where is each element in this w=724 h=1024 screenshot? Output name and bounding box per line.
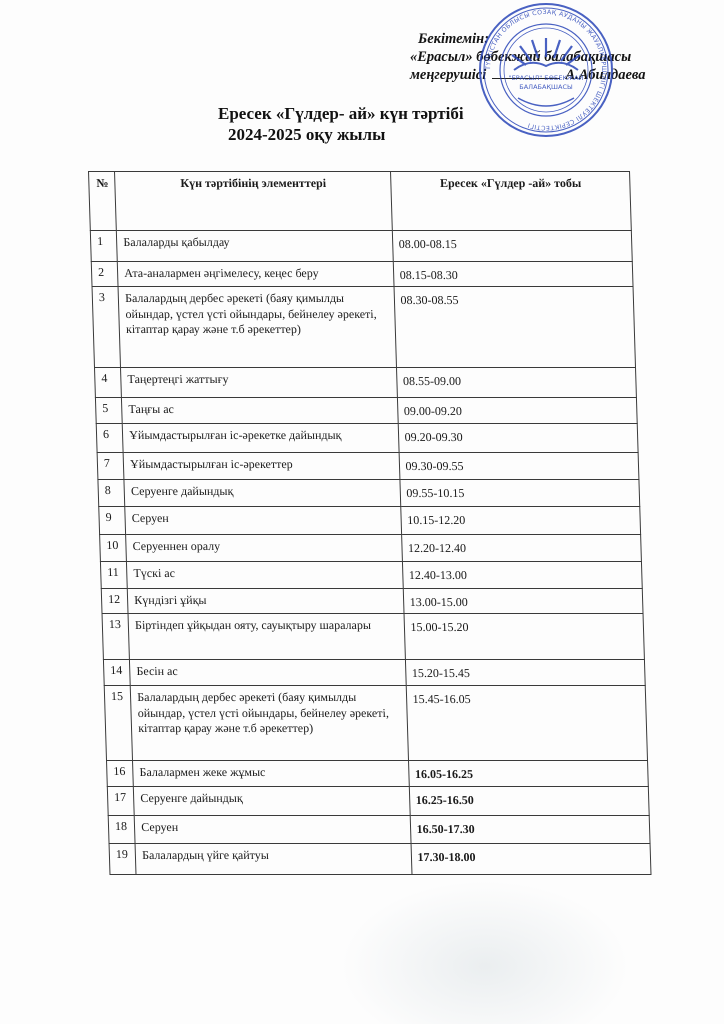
table-header-row: № Күн тәртібінің элементтері Ересек «Гүл… [89, 172, 632, 231]
row-number: 16 [107, 761, 134, 787]
row-element: Таңертеңгі жаттығу [121, 368, 397, 398]
table-row: 16Балалармен жеке жұмыс16.05-16.25 [107, 761, 649, 787]
row-time: 09.30-09.55 [399, 453, 639, 480]
approval-position: меңгерушісі [410, 67, 486, 83]
row-number: 19 [109, 844, 136, 875]
row-time: 13.00-15.00 [403, 589, 643, 614]
row-element: Күндізгі ұйқы [127, 589, 403, 614]
row-number: 18 [108, 816, 135, 844]
row-time: 10.15-12.20 [400, 507, 640, 535]
approval-name: А.Абилдаева [566, 67, 646, 83]
row-number: 17 [107, 787, 134, 816]
row-time: 15.20-15.45 [405, 660, 645, 686]
approval-signatory: меңгерушісі А.Абилдаева [410, 66, 646, 84]
row-number: 13 [102, 614, 130, 660]
row-number: 1 [90, 231, 117, 262]
row-time: 16.05-16.25 [408, 761, 648, 787]
svg-text:БАЛАБАҚШАСЫ: БАЛАБАҚШАСЫ [519, 83, 573, 91]
row-number: 11 [100, 562, 127, 589]
scan-noise [340, 880, 630, 1024]
table-row: 7Ұйымдастырылған іс-әрекеттер09.30-09.55 [97, 453, 639, 480]
row-time: 09.20-09.30 [398, 424, 638, 453]
table-body: 1Балаларды қабылдау08.00-08.152Ата-анала… [90, 231, 651, 875]
row-number: 8 [98, 480, 125, 507]
row-number: 15 [104, 686, 132, 761]
row-element: Балалардың дербес әрекеті (баяу қимылды … [118, 287, 396, 368]
row-time: 12.20-12.40 [401, 535, 641, 562]
row-number: 6 [96, 424, 123, 453]
table-row: 6Ұйымдастырылған іс-әрекетке дайындық09.… [96, 424, 638, 453]
row-element: Балалардың дербес әрекеті (баяу қимылды … [130, 686, 408, 761]
row-element: Серуен [134, 816, 410, 844]
approval-organization: «Ерасыл» бөбекжай балабақшасы [410, 48, 646, 66]
row-element: Ұйымдастырылған іс-әрекеттер [123, 453, 399, 480]
row-time: 08.30-08.55 [394, 287, 636, 368]
table-row: 14Бесін ас15.20-15.45 [103, 660, 645, 686]
title-line-2: 2024-2025 оқу жылы [218, 124, 464, 145]
row-time: 16.50-17.30 [410, 816, 650, 844]
table-row: 17Серуенге дайындық16.25-16.50 [107, 787, 649, 816]
table-row: 11Түскі ас12.40-13.00 [100, 562, 642, 589]
table-row: 18Серуен16.50-17.30 [108, 816, 650, 844]
row-time: 17.30-18.00 [411, 844, 651, 875]
row-time: 12.40-13.00 [402, 562, 642, 589]
table-row: 10Серуеннен оралу12.20-12.40 [100, 535, 642, 562]
table-row: 5Таңғы ас09.00-09.20 [95, 398, 637, 424]
table-row: 1Балаларды қабылдау08.00-08.15 [90, 231, 632, 262]
row-number: 3 [92, 287, 121, 368]
row-element: Серуенге дайындық [133, 787, 409, 816]
row-element: Балаларды қабылдау [117, 231, 393, 262]
table-row: 2Ата-аналармен әңгімелесу, кеңес беру08.… [91, 262, 633, 287]
row-time: 09.55-10.15 [399, 480, 639, 507]
signature-line [492, 78, 560, 79]
row-number: 12 [101, 589, 128, 614]
row-element: Балалардың үйге қайтуы [135, 844, 411, 875]
row-time: 15.45-16.05 [406, 686, 648, 761]
row-time: 08.00-08.15 [392, 231, 632, 262]
row-element: Серуеннен оралу [126, 535, 402, 562]
row-number: 7 [97, 453, 124, 480]
row-number: 5 [95, 398, 122, 424]
document-title: Ересек «Гүлдер- ай» күн тәртібі 2024-202… [218, 103, 464, 145]
table-row: 15Балалардың дербес әрекеті (баяу қимылд… [104, 686, 647, 761]
row-number: 14 [103, 660, 130, 686]
row-element: Балалармен жеке жұмыс [133, 761, 409, 787]
header-number: № [89, 172, 117, 231]
table-row: 9Серуен10.15-12.20 [99, 507, 641, 535]
table-row: 8Серуенге дайындық09.55-10.15 [98, 480, 640, 507]
title-line-1: Ересек «Гүлдер- ай» күн тәртібі [218, 103, 464, 124]
row-element: Таңғы ас [122, 398, 398, 424]
row-element: Түскі ас [127, 562, 403, 589]
header-group-time: Ересек «Гүлдер -ай» тобы [390, 172, 631, 231]
row-number: 10 [100, 535, 127, 562]
approval-heading: Бекітемін: [410, 30, 646, 48]
row-number: 4 [95, 368, 122, 398]
row-number: 9 [99, 507, 126, 535]
row-time: 08.55-09.00 [396, 368, 636, 398]
row-time: 08.15-08.30 [393, 262, 633, 287]
header-element: Күн тәртібінің элементтері [115, 172, 392, 231]
row-element: Серуен [125, 507, 401, 535]
row-element: Серуенге дайындық [124, 480, 400, 507]
row-number: 2 [91, 262, 118, 287]
row-element: Ұйымдастырылған іс-әрекетке дайындық [122, 424, 398, 453]
row-element: Бесін ас [130, 660, 406, 686]
row-time: 16.25-16.50 [409, 787, 649, 816]
table-row: 3Балалардың дербес әрекеті (баяу қимылды… [92, 287, 635, 368]
table-row: 19Балалардың үйге қайтуы17.30-18.00 [109, 844, 651, 875]
approval-block: Бекітемін: «Ерасыл» бөбекжай балабақшасы… [410, 30, 646, 84]
row-time: 15.00-15.20 [404, 614, 645, 660]
table-row: 13Біртіндеп ұйқыдан ояту, сауықтыру шара… [102, 614, 644, 660]
row-element: Ата-аналармен әңгімелесу, кеңес беру [117, 262, 393, 287]
row-time: 09.00-09.20 [397, 398, 637, 424]
daily-schedule-table: № Күн тәртібінің элементтері Ересек «Гүл… [88, 171, 652, 875]
row-element: Біртіндеп ұйқыдан ояту, сауықтыру шарала… [128, 614, 405, 660]
table-row: 12Күндізгі ұйқы13.00-15.00 [101, 589, 643, 614]
table-row: 4Таңертеңгі жаттығу08.55-09.00 [95, 368, 637, 398]
